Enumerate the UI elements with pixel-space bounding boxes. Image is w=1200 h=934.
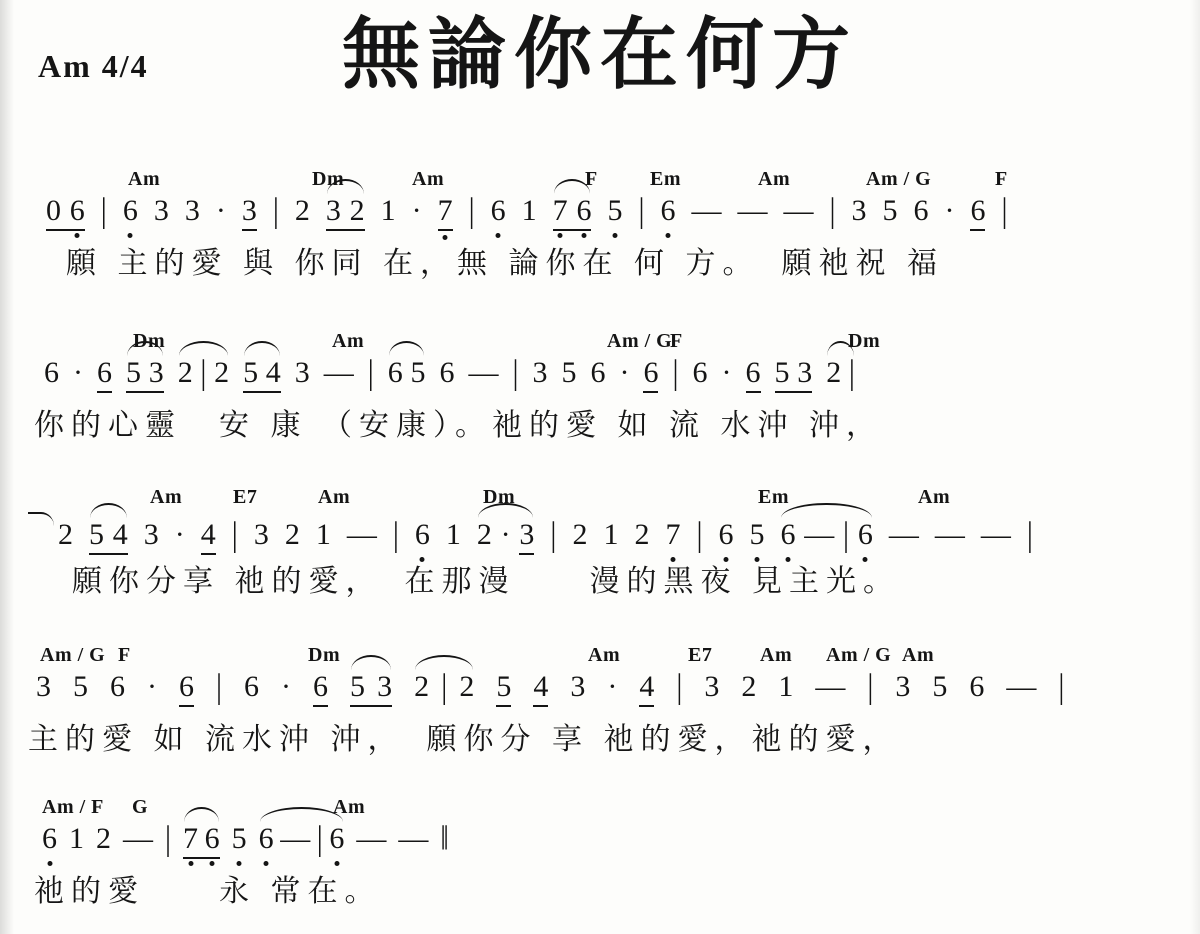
- chord-label: Am / F: [42, 796, 104, 819]
- note-token: 2: [572, 518, 587, 551]
- note-token: 1: [778, 670, 793, 703]
- barline: |: [1001, 192, 1007, 230]
- note-token: 2: [477, 518, 492, 551]
- barline: |: [393, 516, 399, 554]
- chord-label: Am / G: [826, 644, 891, 667]
- note-token: 6: [718, 518, 733, 551]
- note-token: 2: [826, 356, 841, 389]
- chord-label: Am: [128, 168, 160, 191]
- dash-token: —: [935, 518, 965, 551]
- chord-label: F: [118, 644, 131, 667]
- barline: |: [232, 516, 238, 554]
- barline: |: [200, 354, 206, 392]
- note-token: 3: [851, 194, 866, 227]
- note-token: 3: [254, 518, 269, 551]
- slur-group: 6—|6: [259, 822, 345, 855]
- notes-row: 2543·4|321—|612·3|2127|656—|6———|: [28, 512, 1049, 555]
- barline: ‖: [440, 820, 448, 858]
- note-token: 0: [46, 194, 61, 227]
- lyrics-line: 願你分享 祂的愛， 在那漫 漫的黑夜 見主光。: [72, 556, 900, 600]
- note-token: 5: [749, 518, 764, 551]
- note-token: 1: [316, 518, 331, 551]
- note-token: 5: [607, 194, 622, 227]
- note-token: 6: [576, 194, 591, 227]
- note-token: 2: [634, 518, 649, 551]
- dash-token: —: [356, 822, 386, 855]
- note-token: 6: [693, 356, 708, 389]
- chord-label: Am / G: [607, 330, 672, 353]
- chord-label: Am: [918, 486, 950, 509]
- note-token: 4: [533, 670, 548, 707]
- note-token: 3: [519, 518, 534, 555]
- lyrics-line: 主的愛 如 流水沖 沖， 願你分 享 祂的愛，祂的愛，: [28, 714, 900, 758]
- barline: |: [441, 668, 447, 706]
- barline: |: [867, 668, 873, 706]
- chord-label: Am / G: [866, 168, 931, 191]
- note-token: 6: [643, 356, 658, 393]
- chord-label: E7: [688, 644, 712, 667]
- slur-group: 53: [350, 670, 392, 707]
- barline: |: [550, 516, 556, 554]
- dot-token: ·: [607, 670, 617, 703]
- note-token: 5: [232, 822, 247, 855]
- music-line: DmAmAm / GFDm6·6532|2543—|656—|356·6|6·6…: [0, 330, 1200, 450]
- barline: |: [216, 668, 222, 706]
- barline: |: [1058, 668, 1064, 706]
- note-token: 2: [295, 194, 310, 227]
- note-token: 5: [882, 194, 897, 227]
- dot-token: ·: [147, 670, 157, 703]
- note-token: 3: [326, 194, 341, 227]
- note-token: 2: [285, 518, 300, 551]
- note-token: 6: [205, 822, 220, 855]
- note-token: 6: [313, 670, 328, 707]
- dash-token: —: [889, 518, 919, 551]
- note-token: 6: [110, 670, 125, 703]
- dash-token: —: [804, 518, 834, 551]
- notes-row: 612—|7656—|6——‖: [42, 822, 461, 859]
- note-token: 2: [350, 194, 365, 227]
- lyrics-line: 你的心靈 安 康 （安康）。祂的愛 如 流 水沖 沖，: [34, 400, 883, 444]
- barline: |: [101, 192, 107, 230]
- notes-row: 6·6532|2543—|656—|356·6|6·6532|: [44, 356, 869, 393]
- slur-group: 54: [89, 518, 128, 555]
- beam-group: 53: [775, 356, 813, 393]
- chord-label: Am: [760, 644, 792, 667]
- note-token: 6: [439, 356, 454, 389]
- note-token: 1: [381, 194, 396, 227]
- note-token: 4: [266, 356, 281, 389]
- note-token: 3: [797, 356, 812, 389]
- chord-label: Em: [650, 168, 681, 191]
- music-line: AmDmAmFEmAmAm / GF06|633·3|2321·7|61765|…: [0, 168, 1200, 288]
- dash-token: —: [123, 822, 153, 855]
- note-token: 5: [350, 670, 365, 703]
- note-token: 3: [242, 194, 257, 231]
- note-token: 6: [259, 822, 274, 855]
- barline: |: [469, 192, 475, 230]
- note-token: 2: [58, 518, 73, 551]
- dash-token: —: [280, 822, 310, 855]
- barline: |: [829, 192, 835, 230]
- note-token: 1: [522, 194, 537, 227]
- note-token: 6: [179, 670, 194, 707]
- note-token: 6: [970, 194, 985, 231]
- note-token: 6: [746, 356, 761, 393]
- chord-label: Am: [332, 330, 364, 353]
- lyrics-line: 祂的愛 永 常在。: [34, 866, 382, 910]
- note-token: 3: [377, 670, 392, 703]
- music-line: AmE7AmDmEmAm2543·4|321—|612·3|2127|656—|…: [0, 486, 1200, 606]
- barline: |: [638, 192, 644, 230]
- dash-token: —: [691, 194, 721, 227]
- slur-group: 76: [553, 194, 592, 231]
- note-token: 3: [295, 356, 310, 389]
- chord-label: Am: [150, 486, 182, 509]
- slur-group: 65: [388, 356, 426, 389]
- note-token: 7: [553, 194, 568, 227]
- slur-group: 76: [183, 822, 220, 859]
- note-token: 5: [243, 356, 258, 389]
- dot-token: ·: [175, 518, 185, 551]
- notes-row: 356·6|6·6532|2543·4|321—|356—|: [36, 670, 1086, 707]
- barline: |: [317, 820, 323, 858]
- chord-label: Am / G: [40, 644, 105, 667]
- note-token: 6: [97, 356, 112, 393]
- note-token: 4: [113, 518, 128, 551]
- note-token: 5: [775, 356, 790, 389]
- note-token: 3: [895, 670, 910, 703]
- dot-token: ·: [412, 194, 422, 227]
- note-token: 3: [154, 194, 169, 227]
- dot-token: ·: [944, 194, 954, 227]
- chord-label: F: [670, 330, 683, 353]
- dot-token: ·: [722, 356, 732, 389]
- barline: |: [165, 820, 171, 858]
- note-token: 6: [660, 194, 675, 227]
- chord-label: E7: [233, 486, 257, 509]
- barline: |: [696, 516, 702, 554]
- slur-group: 2|2: [178, 356, 229, 389]
- dot-token: ·: [216, 194, 226, 227]
- chord-label: Dm: [308, 644, 340, 667]
- chord-label: Am: [318, 486, 350, 509]
- note-token: 6: [388, 356, 403, 389]
- note-token: 6: [244, 670, 259, 703]
- song-title: 無論你在何方: [0, 14, 1200, 96]
- note-token: 6: [780, 518, 795, 551]
- note-token: 5: [932, 670, 947, 703]
- dash-token: —: [324, 356, 354, 389]
- note-token: 1: [603, 518, 618, 551]
- barline: |: [843, 516, 849, 554]
- chord-label: G: [132, 796, 148, 819]
- note-token: 5: [496, 670, 511, 707]
- note-token: 5: [126, 356, 141, 389]
- slur-group: 6—|6: [780, 518, 872, 551]
- music-line: Am / GFDmAmE7AmAm / GAm356·6|6·6532|2543…: [0, 644, 1200, 764]
- barline: |: [849, 354, 855, 392]
- barline: |: [676, 668, 682, 706]
- barline: |: [368, 354, 374, 392]
- note-token: 3: [704, 670, 719, 703]
- slur-group: 2|: [826, 356, 855, 389]
- dash-token: —: [1006, 670, 1036, 703]
- chord-label: Am: [902, 644, 934, 667]
- note-token: 3: [149, 356, 164, 389]
- dot-token: ·: [619, 356, 629, 389]
- barline: |: [512, 354, 518, 392]
- sheet-music-page: Am 4/4 無論你在何方 AmDmAmFEmAmAm / GF06|633·3…: [0, 0, 1200, 934]
- dot-token: ·: [501, 518, 511, 551]
- note-token: 6: [123, 194, 138, 227]
- note-token: 6: [44, 356, 59, 389]
- dot-token: ·: [73, 356, 83, 389]
- chord-label: Am: [412, 168, 444, 191]
- note-token: 4: [201, 518, 216, 555]
- note-token: 5: [73, 670, 88, 703]
- slur-continuation-arc: [28, 512, 54, 526]
- barline: |: [1027, 516, 1033, 554]
- dash-token: —: [981, 518, 1011, 551]
- note-token: 2: [459, 670, 474, 703]
- note-token: 5: [410, 356, 425, 389]
- note-token: 3: [185, 194, 200, 227]
- slur-group: 54: [243, 356, 281, 393]
- note-token: 2: [178, 356, 193, 389]
- note-token: 2: [214, 356, 229, 389]
- note-token: 2: [96, 822, 111, 855]
- dash-token: —: [468, 356, 498, 389]
- dash-token: —: [737, 194, 767, 227]
- beam-group: 06: [46, 194, 85, 231]
- dot-token: ·: [281, 670, 291, 703]
- barline: |: [672, 354, 678, 392]
- note-token: 6: [491, 194, 506, 227]
- chord-label: F: [995, 168, 1008, 191]
- barline: |: [273, 192, 279, 230]
- note-token: 4: [639, 670, 654, 707]
- dash-token: —: [815, 670, 845, 703]
- note-token: 2: [741, 670, 756, 703]
- note-token: 1: [69, 822, 84, 855]
- chord-label: Am: [758, 168, 790, 191]
- note-token: 3: [144, 518, 159, 551]
- dash-token: —: [783, 194, 813, 227]
- dash-token: —: [347, 518, 377, 551]
- note-token: 7: [665, 518, 680, 551]
- note-token: 5: [89, 518, 104, 551]
- note-token: 7: [183, 822, 198, 855]
- note-token: 6: [913, 194, 928, 227]
- note-token: 1: [446, 518, 461, 551]
- note-token: 3: [36, 670, 51, 703]
- note-token: 3: [532, 356, 547, 389]
- dash-token: —: [398, 822, 428, 855]
- note-token: 6: [329, 822, 344, 855]
- notes-row: 06|633·3|2321·7|61765|6———|356·6|: [46, 194, 1023, 231]
- music-line: Am / FGAm612—|7656—|6——‖祂的愛 永 常在。: [0, 796, 1200, 916]
- note-token: 6: [415, 518, 430, 551]
- note-token: 7: [438, 194, 453, 231]
- note-token: 6: [969, 670, 984, 703]
- note-token: 6: [42, 822, 57, 855]
- note-token: 6: [858, 518, 873, 551]
- note-token: 6: [70, 194, 85, 227]
- note-token: 5: [561, 356, 576, 389]
- slur-group: 2·3: [477, 518, 535, 555]
- chord-label: Em: [758, 486, 789, 509]
- note-token: 3: [570, 670, 585, 703]
- note-token: 6: [590, 356, 605, 389]
- note-token: 2: [414, 670, 429, 703]
- slur-group: 2|2: [414, 670, 474, 703]
- slur-group: 53: [126, 356, 164, 393]
- lyrics-line: 願 主的愛 與 你同 在，無 論你在 何 方。 願祂祝 福: [66, 238, 944, 282]
- slur-group: 32: [326, 194, 365, 231]
- chord-label: Am: [588, 644, 620, 667]
